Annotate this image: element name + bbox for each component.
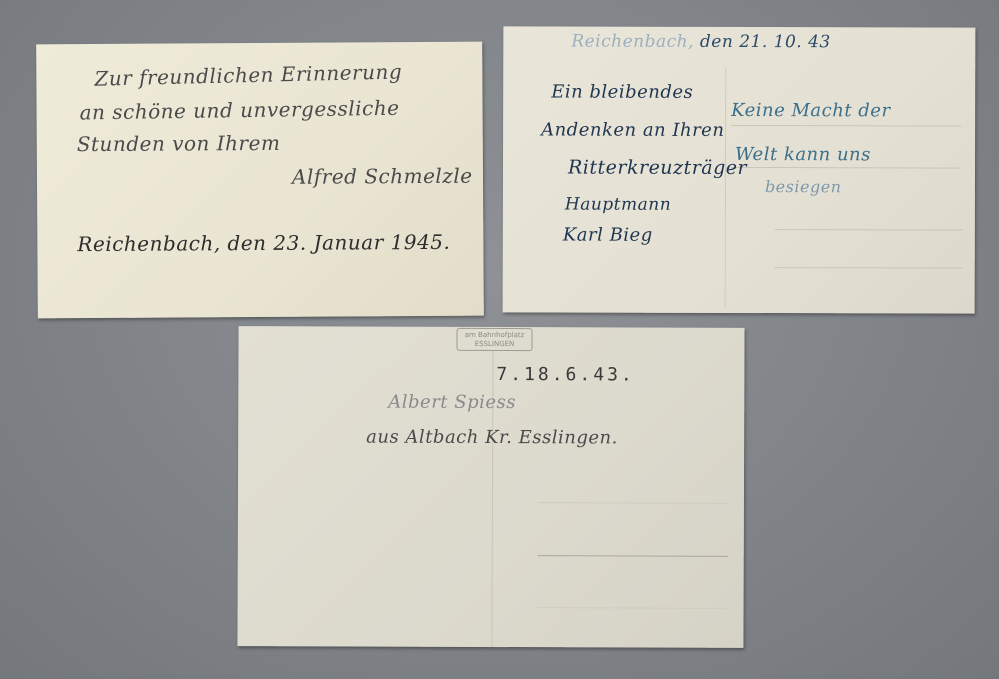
handwriting-line: aus Altbach Kr. Esslingen. — [366, 427, 618, 449]
motto-line: Keine Macht der — [731, 100, 890, 121]
handwriting-line: Albert Spiess — [388, 392, 516, 413]
header-date: den 21. 10. 43 — [700, 32, 831, 52]
handwriting-line: Ritterkreuzträger — [568, 157, 747, 179]
signature: Alfred Schmelzle — [292, 164, 473, 189]
address-line — [731, 167, 961, 169]
publisher-stamp: am Bahnhofplatz ESSLINGEN — [456, 328, 532, 351]
motto-line: Welt kann uns — [735, 144, 871, 165]
handwriting-line: Ein bleibendes — [551, 82, 693, 103]
postcard-left: Zur freundlichen Erinnerung an schöne un… — [36, 42, 484, 319]
handwriting-line: Andenken an Ihren — [541, 119, 724, 140]
place-date-line: Reichenbach, den 23. Januar 1945. — [77, 230, 450, 256]
postcard-bottom: am Bahnhofplatz ESSLINGEN 7.18.6.43. Alb… — [237, 326, 744, 648]
address-line — [775, 229, 963, 230]
handwriting-line: Zur freundlichen Erinnerung — [94, 59, 402, 90]
handwriting-line: Hauptmann — [565, 195, 671, 215]
address-line — [538, 555, 728, 557]
address-line — [538, 502, 728, 504]
date-line: 7.18.6.43. — [496, 364, 634, 385]
handwriting-line: an schöne und unvergessliche — [79, 96, 399, 125]
motto-line: besiegen — [765, 177, 842, 196]
postcard-right: Reichenbach, den 21. 10. 43 Ein bleibend… — [503, 26, 976, 313]
address-line — [538, 607, 728, 609]
center-divider — [725, 67, 727, 307]
address-line — [775, 267, 963, 268]
header-place: Reichenbach, — [571, 32, 694, 52]
signature: Karl Bieg — [563, 225, 653, 246]
handwriting-line: Stunden von Ihrem — [77, 131, 281, 156]
stamp-line: am Bahnhofplatz — [458, 331, 532, 340]
address-line — [731, 125, 961, 127]
header-date-line: Reichenbach, den 21. 10. 43 — [571, 32, 830, 53]
stamp-line: ESSLINGEN — [457, 340, 531, 349]
